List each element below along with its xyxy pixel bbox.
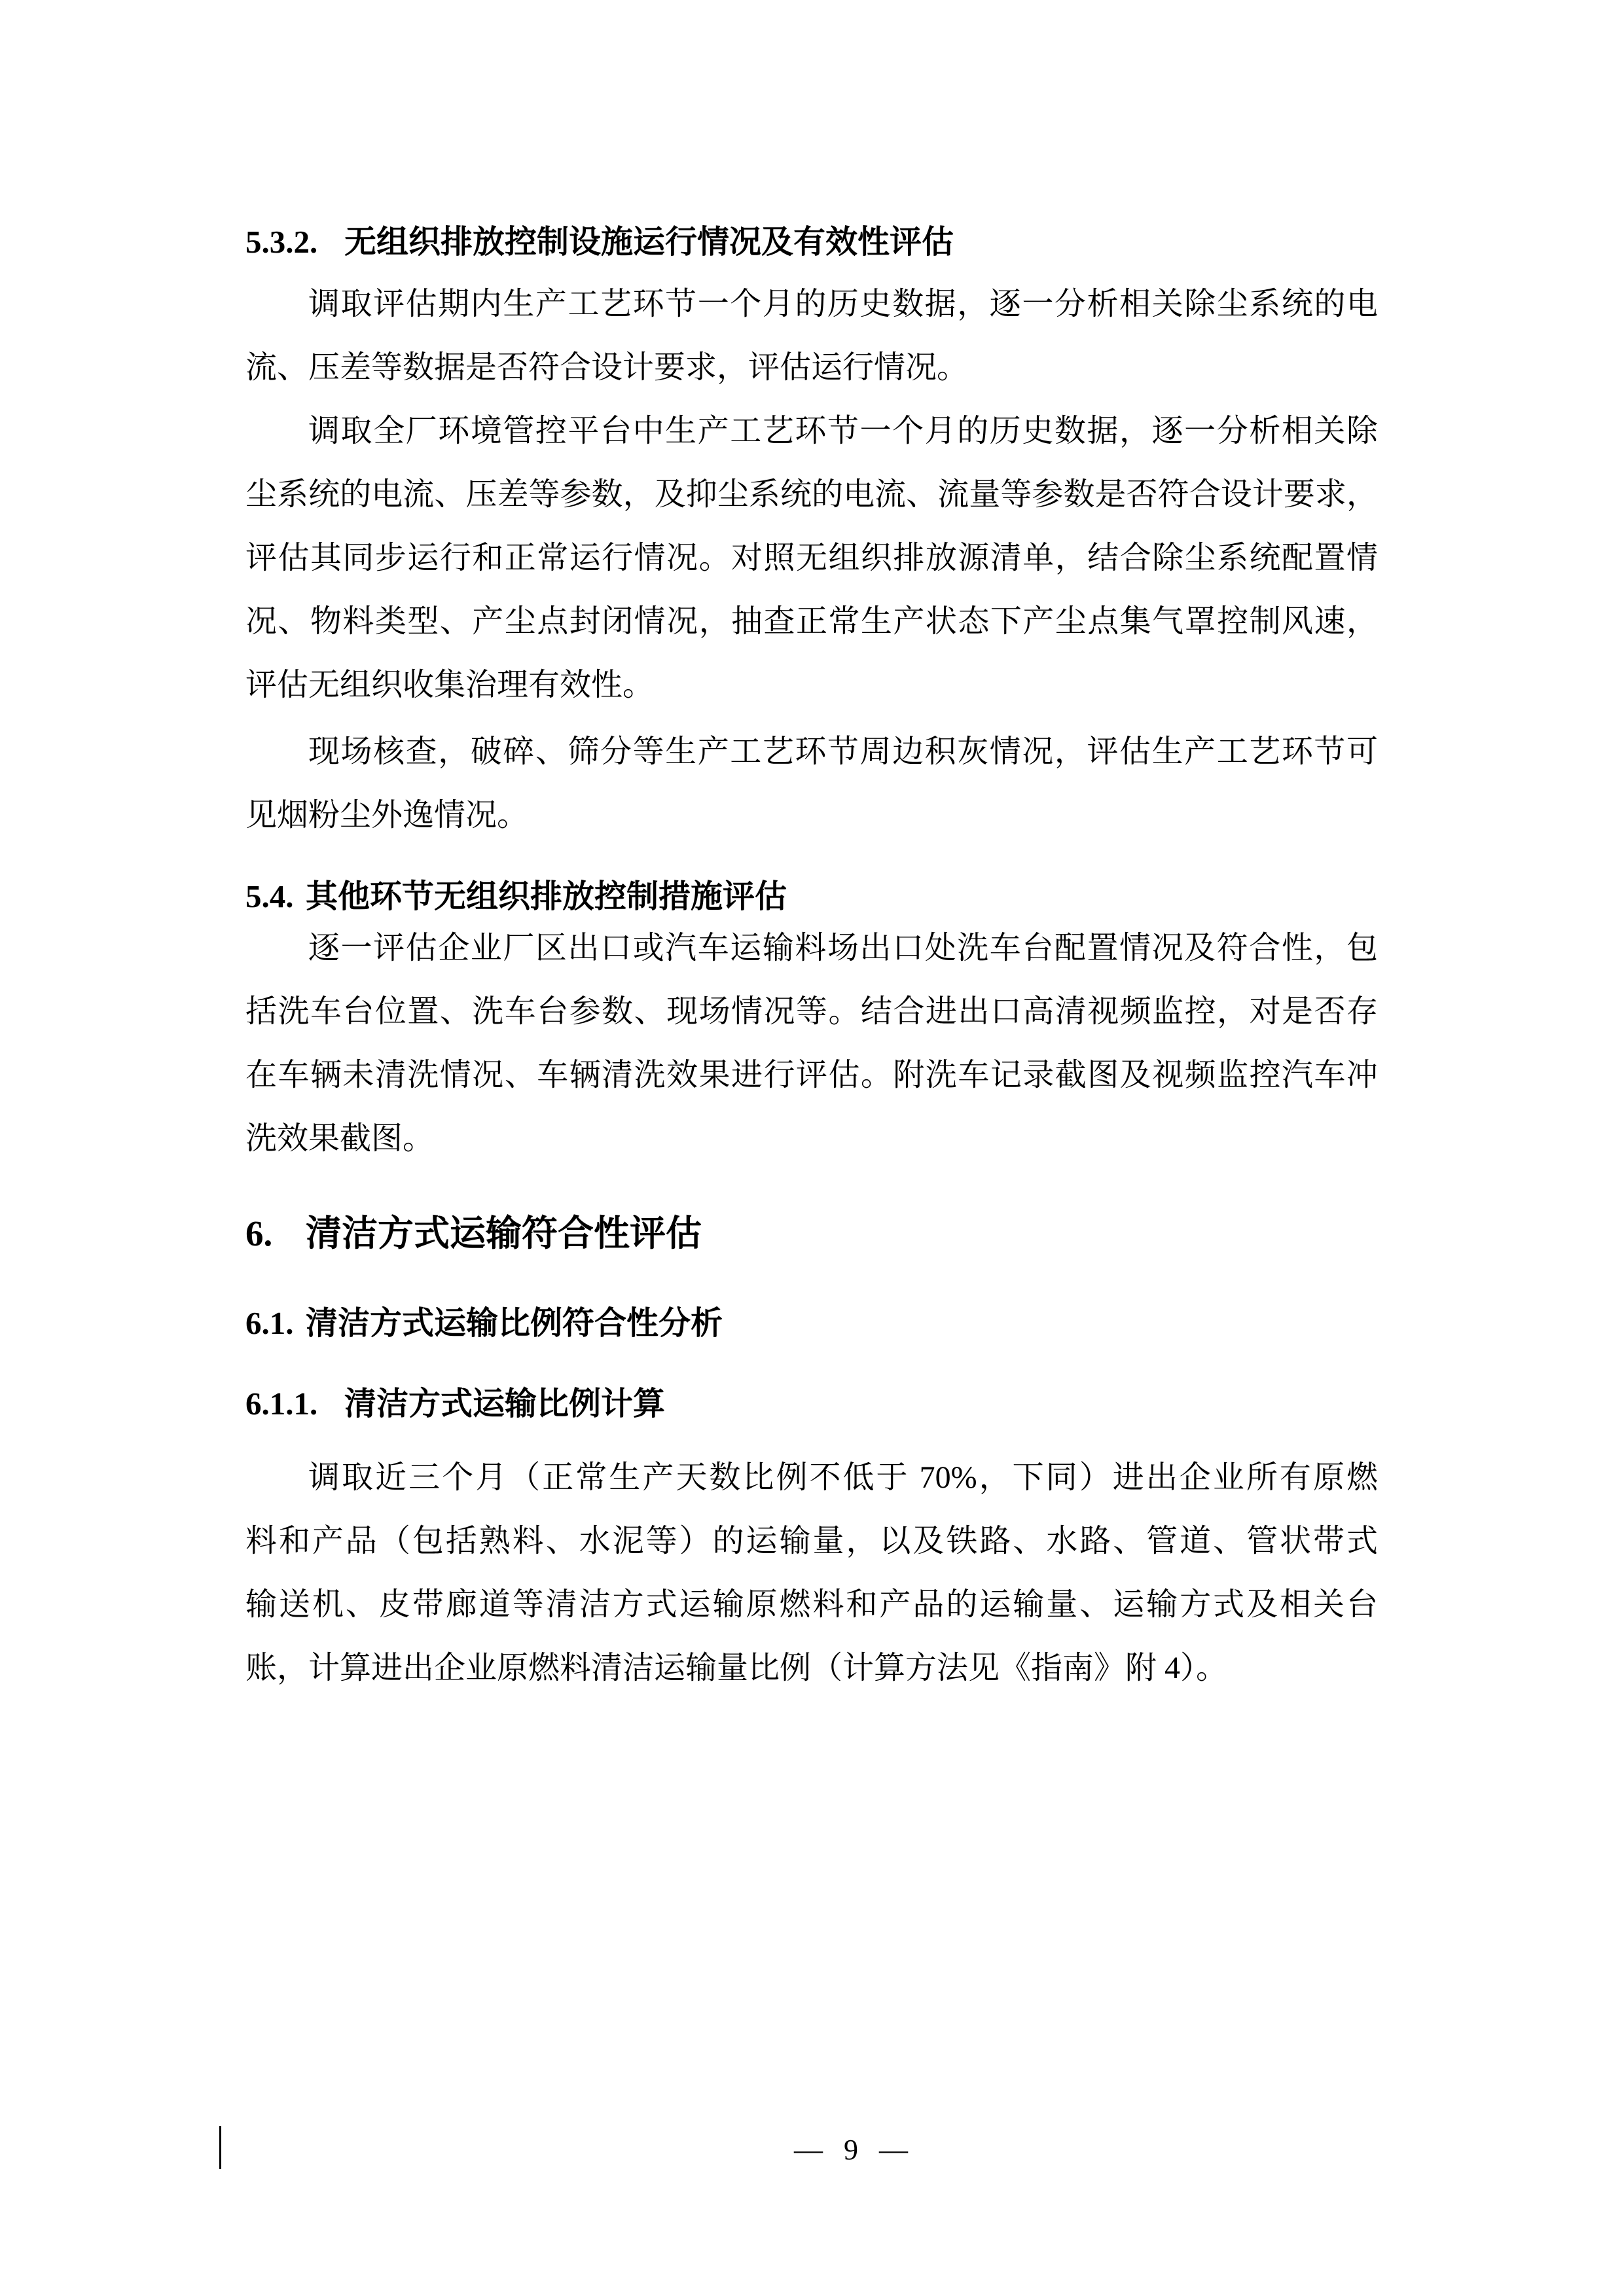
body-line: 逐一评估企业厂区出口或汽车运输料场出口处洗车台配置情况及符合性，包 [245,916,1378,980]
heading-number: 6. [245,1213,306,1254]
page-number: 9 [844,2130,858,2170]
heading-number: 6.1.1. [245,1386,344,1422]
body-line: 流、压差等数据是否符合设计要求，评估运行情况。 [245,336,1378,399]
heading-5-4: 5.4.其他环节无组织排放控制措施评估 [245,878,1398,915]
footer-dash: — [879,2130,908,2170]
body-line: 见烟粉尘外逸情况。 [245,783,1378,847]
heading-6: 6.清洁方式运输符合性评估 [245,1213,1398,1254]
paragraph: 调取评估期内生产工艺环节一个月的历史数据，逐一分析相关除尘系统的电 流、压差等数… [245,272,1378,399]
heading-title: 无组织排放控制设施运行情况及有效性评估 [344,224,954,260]
body-line: 调取近三个月（正常生产天数比例不低于 70%，下同）进出企业所有原燃 [245,1446,1378,1509]
heading-title: 清洁方式运输符合性评估 [306,1213,702,1253]
body-line: 料和产品（包括熟料、水泥等）的运输量，以及铁路、水路、管道、管状带式 [245,1509,1378,1573]
revision-mark-line [219,2126,221,2169]
body-line: 账，计算进出企业原燃料清洁运输量比例（计算方法见《指南》附 4）。 [245,1636,1378,1700]
body-line: 评估无组织收集治理有效性。 [245,653,1378,717]
heading-number: 5.3.2. [245,224,344,260]
footer-dash: — [794,2130,823,2170]
heading-number: 6.1. [245,1305,306,1342]
heading-6-1-1: 6.1.1.清洁方式运输比例计算 [245,1386,1398,1422]
body-line: 评估其同步运行和正常运行情况。对照无组织排放源清单，结合除尘系统配置情 [245,526,1378,590]
heading-number: 5.4. [245,878,306,915]
body-line: 调取全厂环境管控平台中生产工艺环节一个月的历史数据，逐一分析相关除 [245,399,1378,463]
page-footer: — 9 — [794,2130,908,2170]
paragraph: 调取全厂环境管控平台中生产工艺环节一个月的历史数据，逐一分析相关除 尘系统的电流… [245,399,1378,717]
body-line: 洗效果截图。 [245,1107,1378,1170]
heading-6-1: 6.1.清洁方式运输比例符合性分析 [245,1305,1398,1342]
document-page: 5.3.2.无组织排放控制设施运行情况及有效性评估 调取评估期内生产工艺环节一个… [0,0,1624,2296]
heading-title: 清洁方式运输比例计算 [344,1386,665,1422]
body-line: 尘系统的电流、压差等参数，及抑尘系统的电流、流量等参数是否符合设计要求， [245,463,1378,526]
body-line: 输送机、皮带廊道等清洁方式运输原燃料和产品的运输量、运输方式及相关台 [245,1573,1378,1636]
paragraph: 调取近三个月（正常生产天数比例不低于 70%，下同）进出企业所有原燃 料和产品（… [245,1446,1378,1700]
body-line: 调取评估期内生产工艺环节一个月的历史数据，逐一分析相关除尘系统的电 [245,272,1378,336]
body-line: 在车辆未清洗情况、车辆清洗效果进行评估。附洗车记录截图及视频监控汽车冲 [245,1043,1378,1107]
body-line: 现场核查，破碎、筛分等生产工艺环节周边积灰情况，评估生产工艺环节可 [245,720,1378,783]
body-line: 括洗车台位置、洗车台参数、现场情况等。结合进出口高清视频监控，对是否存 [245,980,1378,1043]
paragraph: 逐一评估企业厂区出口或汽车运输料场出口处洗车台配置情况及符合性，包 括洗车台位置… [245,916,1378,1170]
heading-title: 其他环节无组织排放控制措施评估 [306,878,787,914]
body-line: 况、物料类型、产尘点封闭情况，抽查正常生产状态下产尘点集气罩控制风速， [245,590,1378,653]
heading-5-3-2: 5.3.2.无组织排放控制设施运行情况及有效性评估 [245,224,1398,260]
heading-title: 清洁方式运输比例符合性分析 [306,1305,723,1341]
paragraph: 现场核查，破碎、筛分等生产工艺环节周边积灰情况，评估生产工艺环节可 见烟粉尘外逸… [245,720,1378,847]
